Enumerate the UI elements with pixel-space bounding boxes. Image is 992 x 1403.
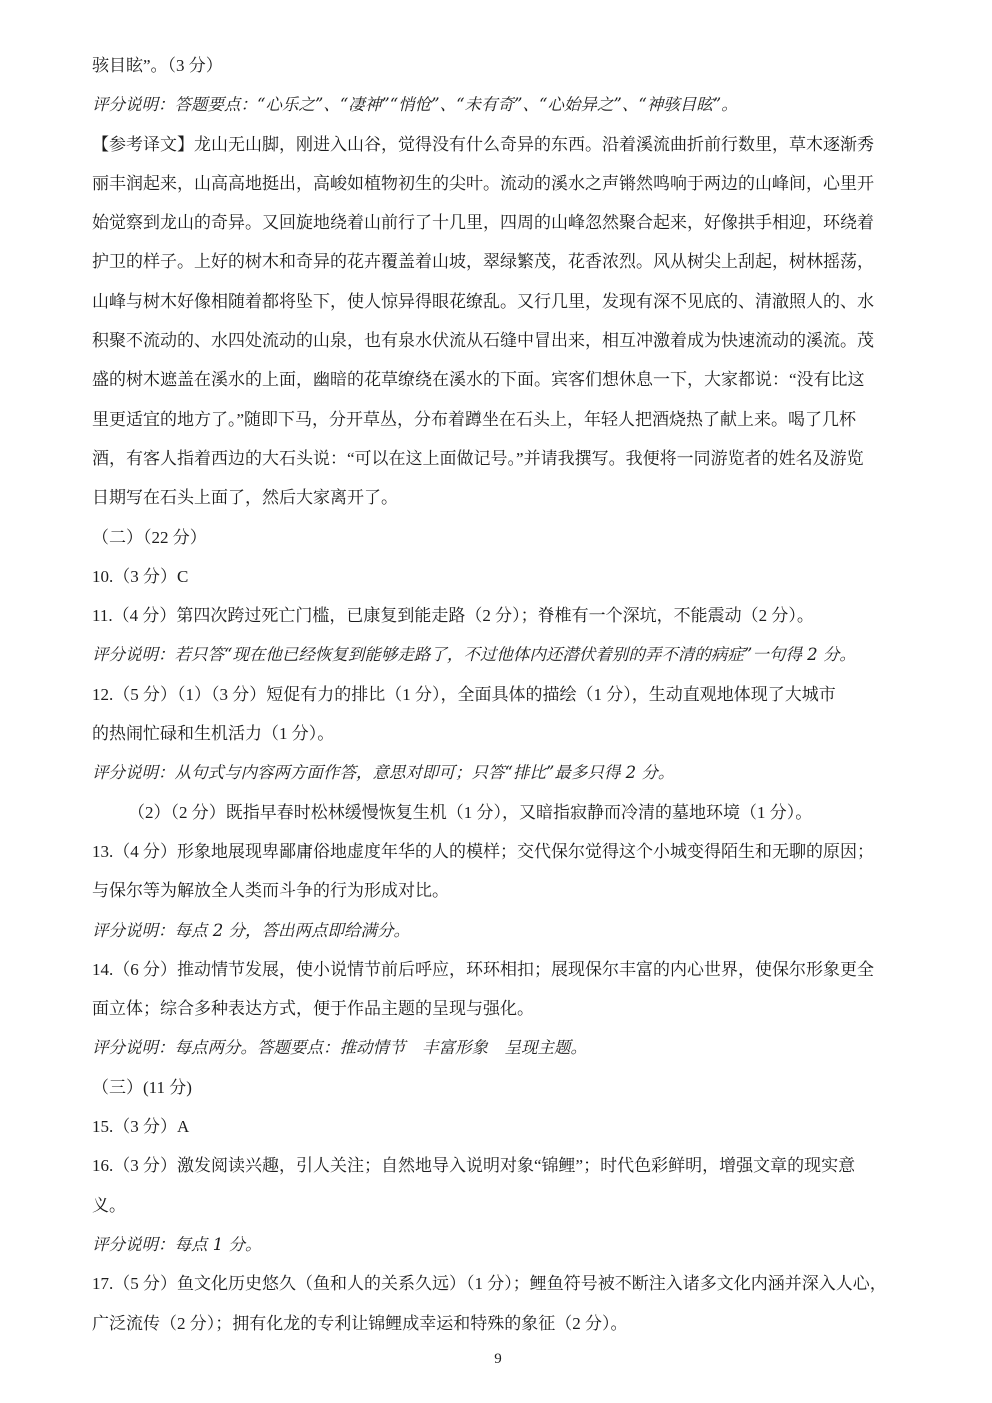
text-line: 积聚不流动的、水四处流动的山泉，也有泉水伏流从石缝中冒出来，相互冲激着成为快速流… — [92, 321, 904, 360]
text-line: 14.（6 分）推动情节发展，使小说情节前后呼应，环环相扣；展现保尔丰富的内心世… — [92, 950, 904, 989]
text-line: 13.（4 分）形象地展现卑鄙庸俗地虚度年华的人的模样；交代保尔觉得这个小城变得… — [92, 832, 904, 871]
text-line: （2）（2 分）既指早春时松林缓慢恢复生机（1 分），又暗指寂静而冷清的墓地环境… — [92, 793, 904, 832]
text-line: 义。 — [92, 1186, 904, 1225]
text-line: 16.（3 分）激发阅读兴趣，引人关注；自然地导入说明对象“锦鲤”；时代色彩鲜明… — [92, 1146, 904, 1185]
text-line: 与保尔等为解放全人类而斗争的行为形成对比。 — [92, 871, 904, 910]
text-line: 评分说明：若只答“现在他已经恢复到能够走路了，不过他体内还潜伏着别的弄不清的病症… — [92, 635, 904, 674]
text-line: 10.（3 分）C — [92, 557, 904, 596]
document-page: 骇目眩”。（3 分）评分说明：答题要点：“心乐之”、“凄神”“悄怆”、“未有奇”… — [0, 0, 992, 1403]
text-line: 面立体；综合多种表达方式，便于作品主题的呈现与强化。 — [92, 989, 904, 1028]
text-line: 评分说明：每点 2 分，答出两点即给满分。 — [92, 911, 904, 950]
text-line: 15.（3 分）A — [92, 1107, 904, 1146]
text-line: 山峰与树木好像相随着都将坠下，使人惊异得眼花缭乱。又行几里，发现有深不见底的、清… — [92, 282, 904, 321]
text-line: （三）(11 分) — [92, 1068, 904, 1107]
answer-key-text: 骇目眩”。（3 分）评分说明：答题要点：“心乐之”、“凄神”“悄怆”、“未有奇”… — [92, 46, 904, 1343]
text-line: 评分说明：每点两分。答题要点：推动情节 丰富形象 呈现主题。 — [92, 1028, 904, 1067]
text-line: 广泛流传（2 分）；拥有化龙的专利让锦鲤成幸运和特殊的象征（2 分）。 — [92, 1304, 904, 1343]
text-line: （二）（22 分） — [92, 518, 904, 557]
text-line: 17.（5 分）鱼文化历史悠久（鱼和人的关系久远）（1 分）；鲤鱼符号被不断注入… — [92, 1264, 904, 1303]
text-line: 评分说明：每点 1 分。 — [92, 1225, 904, 1264]
text-line: 盛的树木遮盖在溪水的上面，幽暗的花草缭绕在溪水的下面。宾客们想休息一下，大家都说… — [92, 360, 904, 399]
text-line: 骇目眩”。（3 分） — [92, 46, 904, 85]
text-line: 评分说明：从句式与内容两方面作答，意思对即可；只答“排比”最多只得 2 分。 — [92, 753, 904, 792]
text-line: 护卫的样子。上好的树木和奇异的花卉覆盖着山坡，翠绿繁茂，花香浓烈。风从树尖上刮起… — [92, 242, 904, 281]
text-line: 丽丰润起来，山高高地挺出，高峻如植物初生的尖叶。流动的溪水之声锵然鸣响于两边的山… — [92, 164, 904, 203]
text-line: 日期写在石头上面了，然后大家离开了。 — [92, 478, 904, 517]
text-line: 的热闹忙碌和生机活力（1 分）。 — [92, 714, 904, 753]
text-line: 12.（5 分）（1）（3 分）短促有力的排比（1 分），全面具体的描绘（1 分… — [92, 675, 904, 714]
text-line: 里更适宜的地方了。”随即下马，分开草丛，分布着蹲坐在石头上，年轻人把酒烧热了献上… — [92, 400, 904, 439]
text-line: 评分说明：答题要点：“心乐之”、“凄神”“悄怆”、“未有奇”、“心始异之”、“神… — [92, 85, 904, 124]
page-number: 9 — [92, 1349, 904, 1369]
text-line: 始觉察到龙山的奇异。又回旋地绕着山前行了十几里，四周的山峰忽然聚合起来，好像拱手… — [92, 203, 904, 242]
text-line: 【参考译文】龙山无山脚，刚进入山谷，觉得没有什么奇异的东西。沿着溪流曲折前行数里… — [92, 125, 904, 164]
text-line: 酒，有客人指着西边的大石头说：“可以在这上面做记号。”并请我撰写。我便将一同游览… — [92, 439, 904, 478]
text-line: 11.（4 分）第四次跨过死亡门槛，已康复到能走路（2 分）；脊椎有一个深坑，不… — [92, 596, 904, 635]
